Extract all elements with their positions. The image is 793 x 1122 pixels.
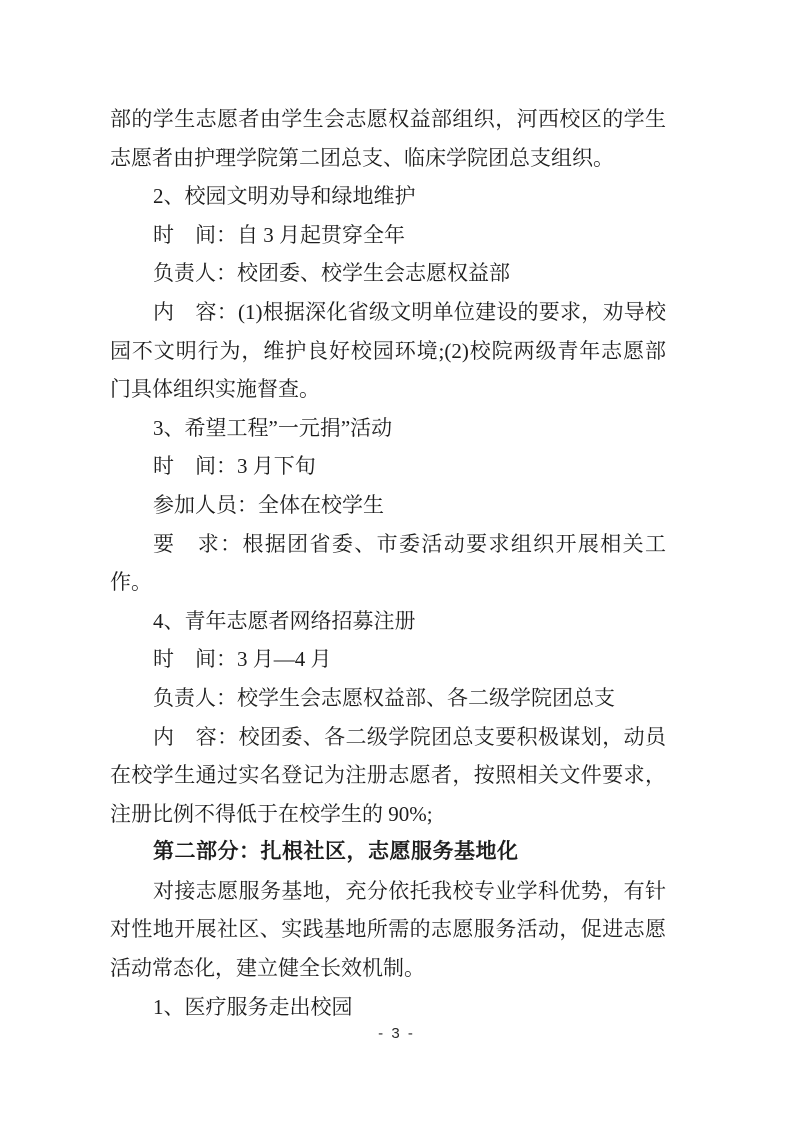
text-line: 内 容：(1)根据深化省级文明单位建设的要求，劝导校: [110, 293, 666, 332]
text-line: 部的学生志愿者由学生会志愿权益部组织，河西校区的学生: [110, 100, 666, 139]
text-line: 第二部分：扎根社区，志愿服务基地化: [110, 833, 666, 872]
text-line: 负责人：校团委、校学生会志愿权益部: [110, 254, 666, 293]
text-line: 时 间：3 月—4 月: [110, 640, 666, 679]
page-number: - 3 -: [0, 1025, 793, 1042]
text-line: 对性地开展社区、实践基地所需的志愿服务活动，促进志愿: [110, 910, 666, 949]
text-line: 对接志愿服务基地，充分依托我校专业学科优势，有针: [110, 872, 666, 911]
text-line: 时 间：3 月下旬: [110, 447, 666, 486]
text-line: 门具体组织实施督查。: [110, 370, 666, 409]
text-line: 负责人：校学生会志愿权益部、各二级学院团总支: [110, 679, 666, 718]
text-line: 注册比例不得低于在校学生的 90%;: [110, 795, 666, 834]
text-line: 作。: [110, 563, 666, 602]
text-line: 志愿者由护理学院第二团总支、临床学院团总支组织。: [110, 139, 666, 178]
document-page: 部的学生志愿者由学生会志愿权益部组织，河西校区的学生志愿者由护理学院第二团总支、…: [0, 0, 793, 1122]
text-line: 4、青年志愿者网络招募注册: [110, 602, 666, 641]
text-line: 时 间：自 3 月起贯穿全年: [110, 216, 666, 255]
text-line: 2、校园文明劝导和绿地维护: [110, 177, 666, 216]
text-line: 园不文明行为，维护良好校园环境;(2)校院两级青年志愿部: [110, 332, 666, 371]
text-line: 1、医疗服务走出校园: [110, 988, 666, 1027]
text-line: 内 容：校团委、各二级学院团总支要积极谋划，动员: [110, 718, 666, 757]
text-line: 3、希望工程”一元捐”活动: [110, 409, 666, 448]
text-line: 活动常态化，建立健全长效机制。: [110, 949, 666, 988]
document-body: 部的学生志愿者由学生会志愿权益部组织，河西校区的学生志愿者由护理学院第二团总支、…: [110, 100, 666, 1026]
text-line: 参加人员：全体在校学生: [110, 486, 666, 525]
text-line: 要 求：根据团省委、市委活动要求组织开展相关工: [110, 525, 666, 564]
text-line: 在校学生通过实名登记为注册志愿者，按照相关文件要求，: [110, 756, 666, 795]
